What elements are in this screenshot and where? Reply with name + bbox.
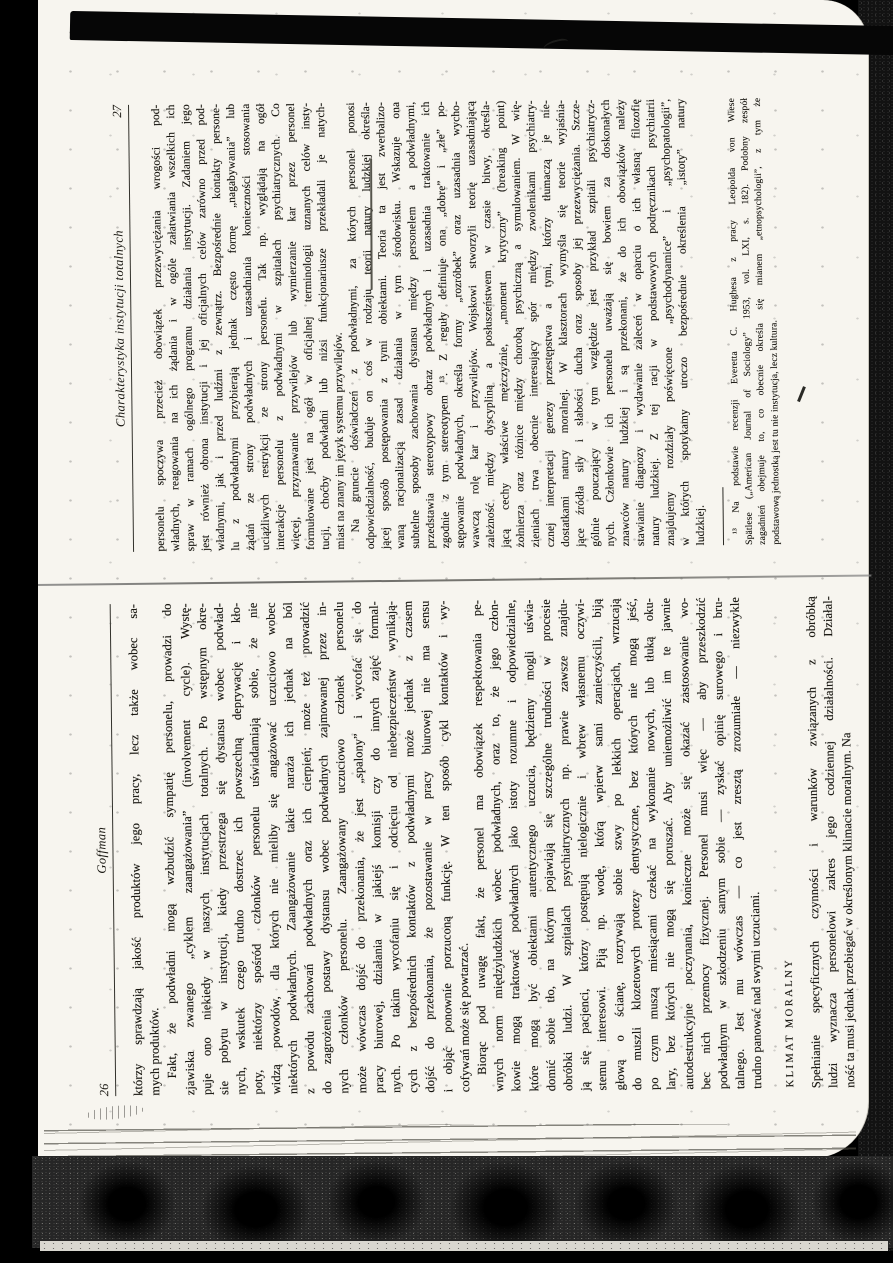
page-26: 26 Goffman którzy sprawdzają jakość prod… [31,569,870,1163]
section-heading: KLIMAT MORALNY [776,596,799,1087]
running-head-left-title: Goffman [92,604,112,1096]
page-edges-lines [44,1124,856,1158]
paragraph: Biorąc pod uwagę fakt, że personel ma ob… [469,597,767,1092]
paragraph: Spełnianie specyficznych czynności i war… [802,596,859,1089]
running-head-right: Charakterystyka instytucji totalnych 27 [110,105,134,552]
scanned-book-photo: 26 Goffman którzy sprawdzają jakość prod… [0,0,893,1263]
paragraph: personelu spoczywa przecież obowiązek pr… [149,102,349,551]
footnote: ¹³ Na podstawie recenzji Everetta C. Hug… [725,98,783,546]
page-27: Charakterystyka instytucji totalnych 27 … [25,26,863,578]
paragraph: Na gruncie doświadczeń z podwładnymi, za… [344,98,709,549]
page-26-body: którzy sprawdzają jakość produktów jego … [125,596,860,1096]
paragraph: Fakt, że podwładni mogą wzbudzić sympati… [159,600,474,1095]
page-number-right: 27 [110,105,124,118]
paragraph: którzy sprawdzają jakość produktów jego … [125,604,165,1096]
footnote-separator [722,487,724,545]
book-spread: 26 Goffman którzy sprawdzają jakość prod… [25,26,870,1163]
book-cover-texture [32,1156,893,1248]
running-head-right-title: Charakterystyka instytucji totalnych [110,105,129,552]
running-head-left: 26 Goffman [92,604,117,1096]
page-27-body: personelu spoczywa przecież obowiązek pr… [149,98,709,551]
scanner-left-edge [0,0,38,1263]
scanner-bottom-edge [0,1251,893,1263]
